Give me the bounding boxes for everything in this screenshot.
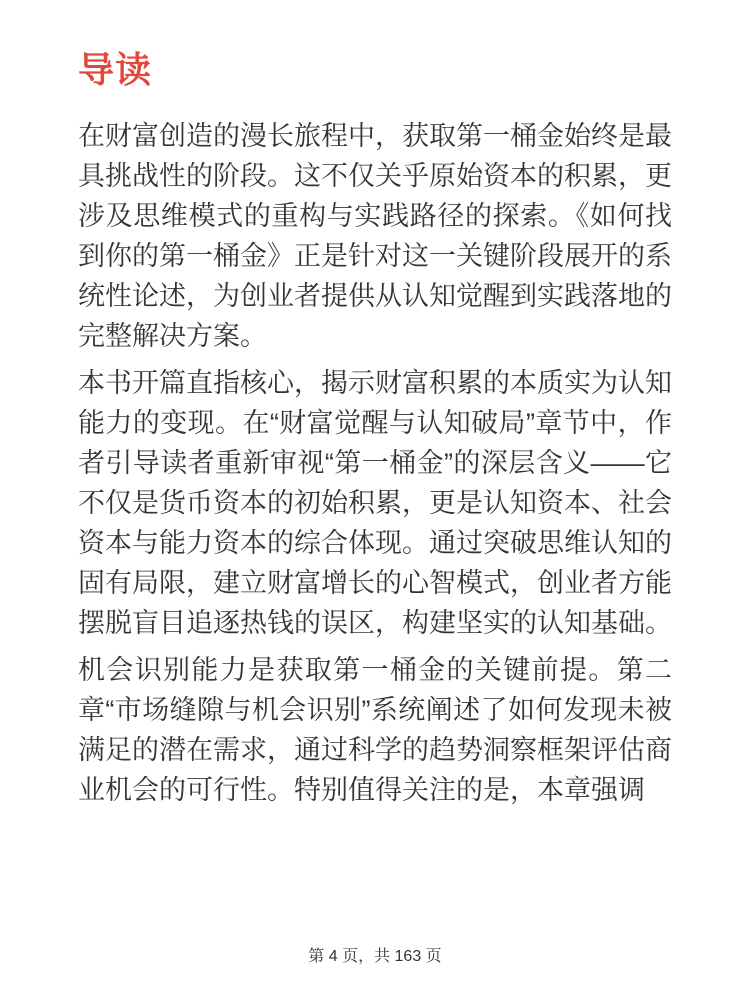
paragraph: 机会识别能力是获取第一桶金的关键前提。第二章“市场缝隙与机会识别”系统阐述了如何… [78, 650, 672, 810]
section-heading: 导读 [78, 50, 672, 90]
paragraph: 在财富创造的漫长旅程中，获取第一桶金始终是最具挑战性的阶段。这不仅关乎原始资本的… [78, 116, 672, 356]
page-number: 第 4 页，共 163 页 [0, 948, 750, 966]
paragraph: 本书开篇直指核心，揭示财富积累的本质实为认知能力的变现。在“财富觉醒与认知破局”… [78, 363, 672, 643]
document-page: 导读 在财富创造的漫长旅程中，获取第一桶金始终是最具挑战性的阶段。这不仅关乎原始… [0, 0, 750, 1000]
page-content: 导读 在财富创造的漫长旅程中，获取第一桶金始终是最具挑战性的阶段。这不仅关乎原始… [78, 50, 672, 817]
